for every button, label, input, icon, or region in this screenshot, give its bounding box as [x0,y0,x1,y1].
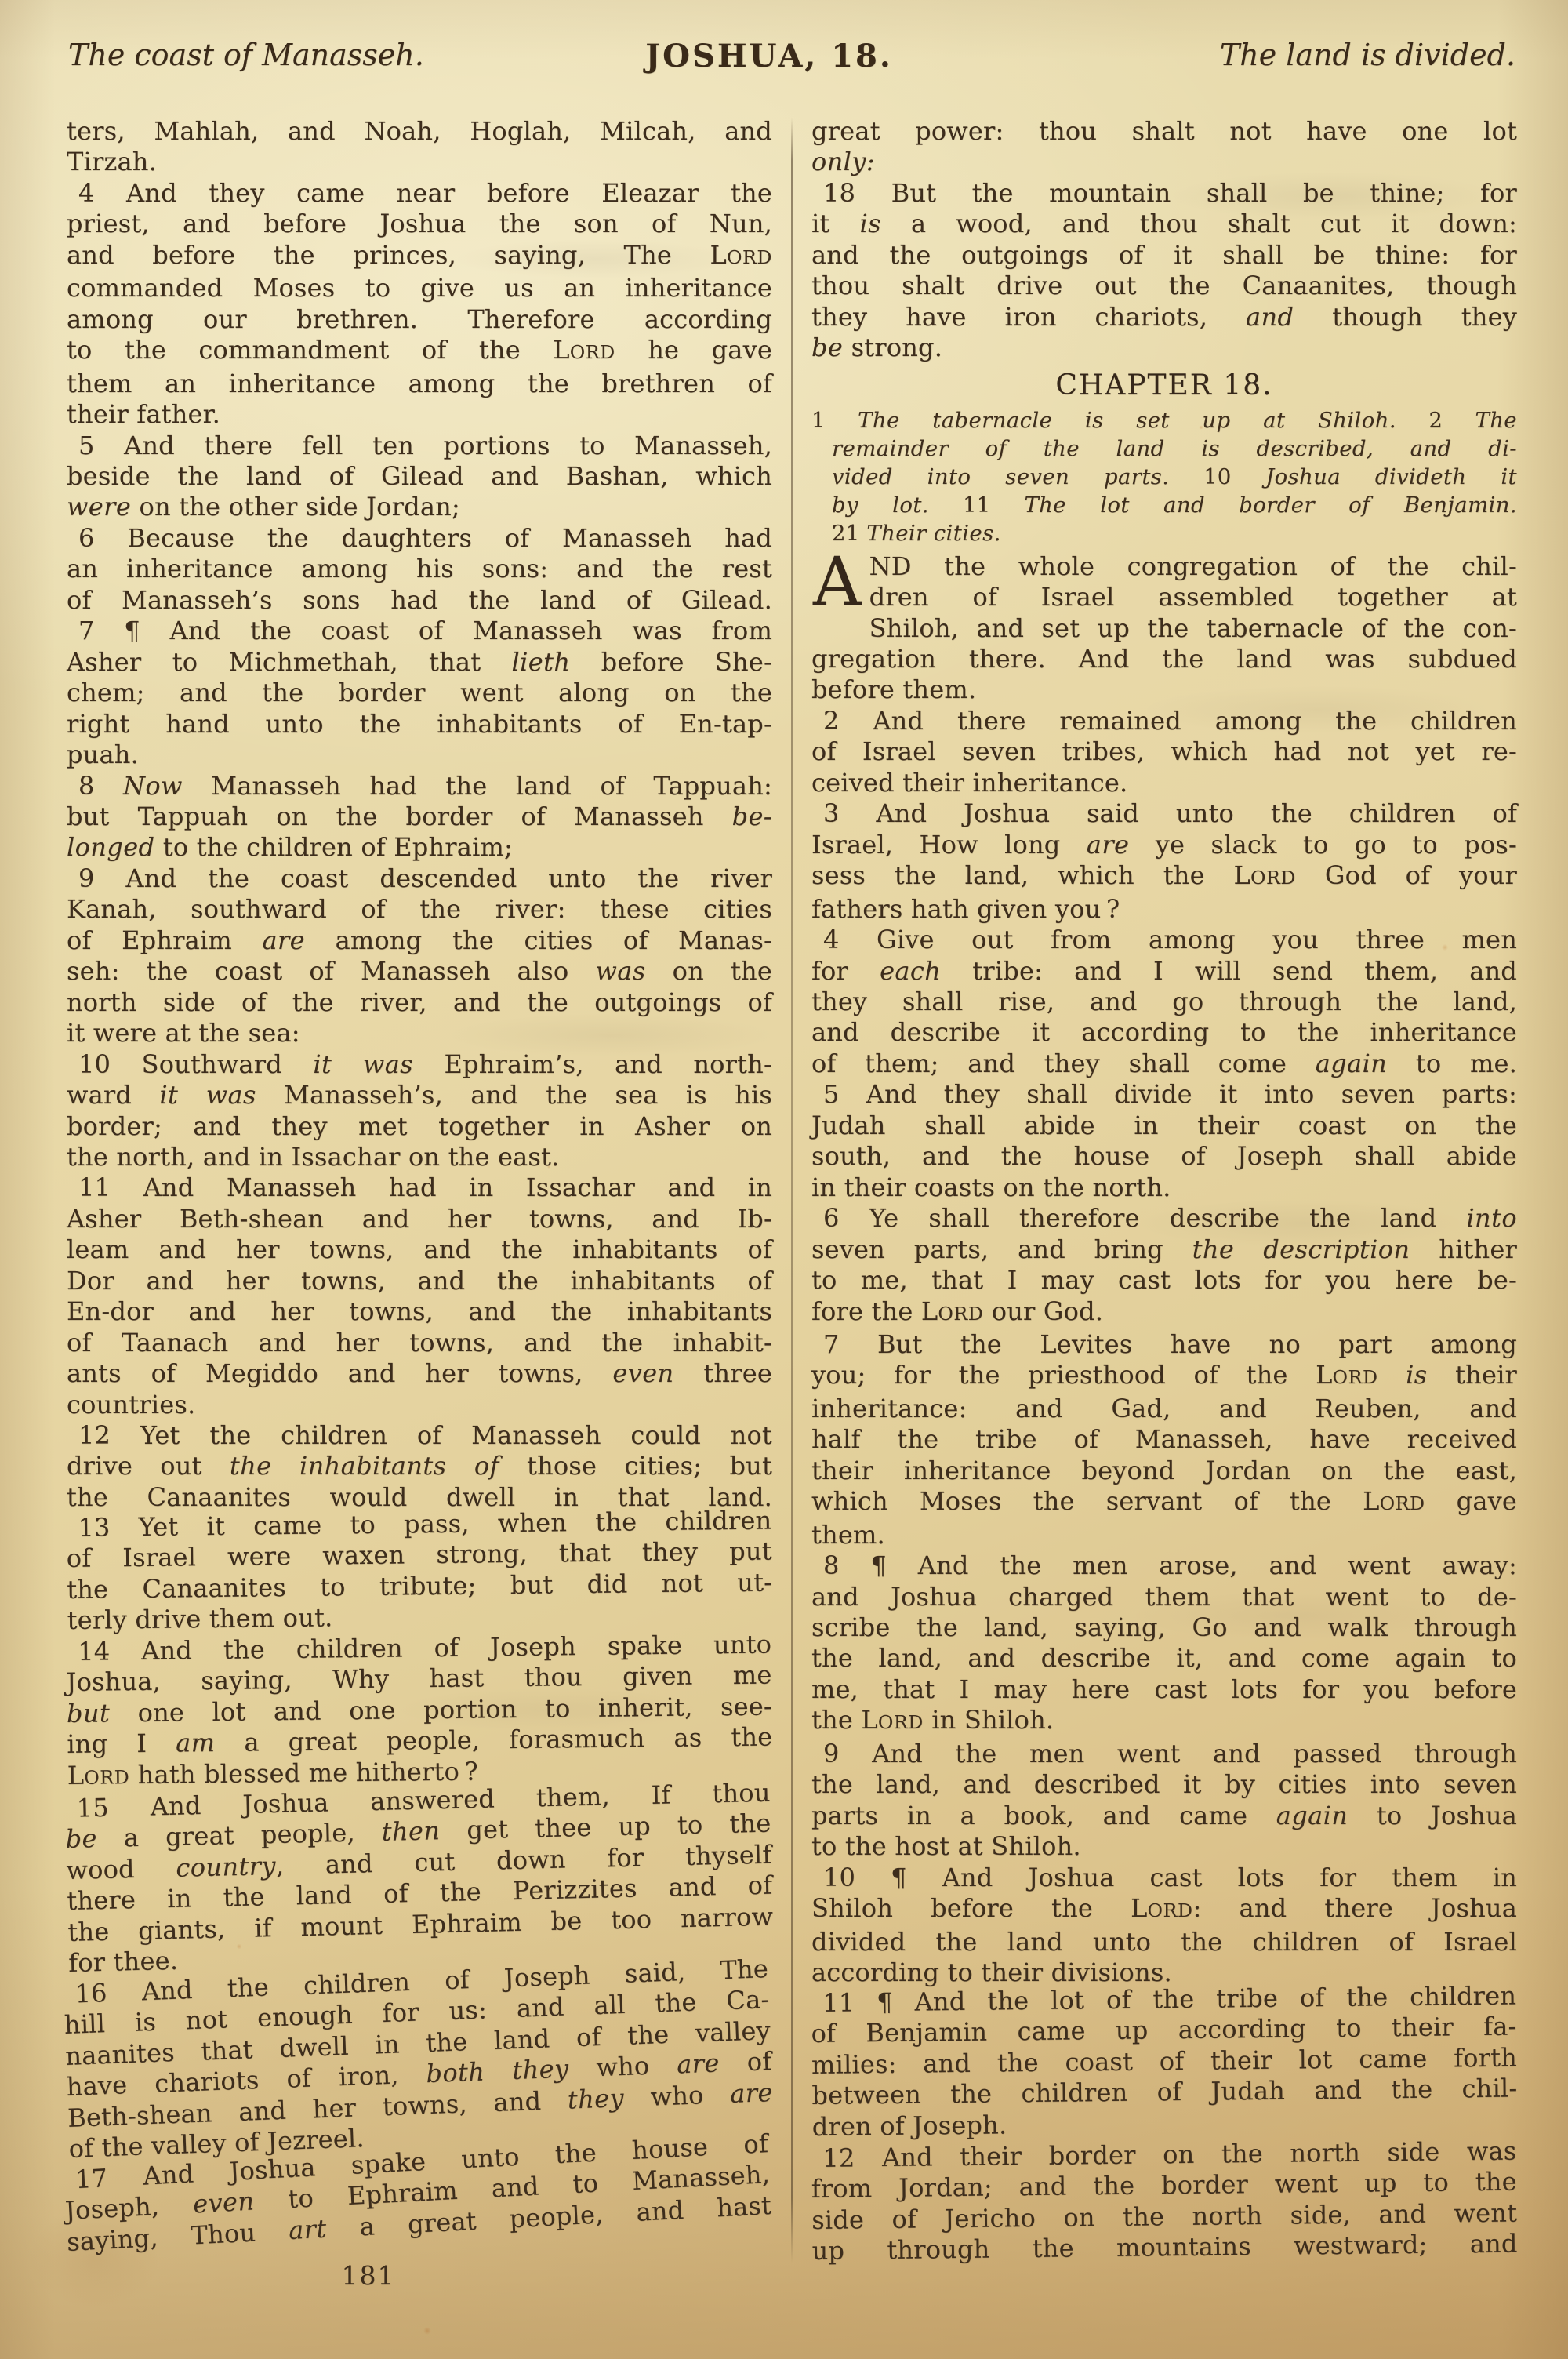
bible-page-scan: The coast of Manasseh. JOSHUA, 18. The l… [0,0,1568,2359]
text-line: Kanah, southward of the river: these cit… [67,894,772,925]
verse-block: 4 And they came near before Eleazar thep… [67,178,772,431]
text-line: 12 Yet the children of Manasseh could no… [67,1420,772,1451]
text-line: 7 ¶ And the coast of Manasseh was from [67,616,772,646]
left-column: ters, Mahlah, and Noah, Hoglah, Milcah, … [67,116,772,2267]
text-line: they have iron chariots, and though they [811,302,1517,333]
lord-smallcaps: LORD [921,1296,983,1326]
verse-block: 5 And there fell ten portions to Manasse… [67,431,772,523]
text-line: fore the LORD our God. [811,1296,1517,1329]
text-line: 21 Their cities. [811,519,1517,547]
text-line: Shiloh before the LORD: and there Joshua [811,1893,1517,1926]
verse-block: 5 And they shall divide it into seven pa… [811,1079,1517,1203]
text-line: an inheritance among his sons: and the r… [67,554,772,584]
text-line: of Manasseh’s sons had the land of Gilea… [67,585,772,616]
text-line: 10 Southward it was Ephraim’s, and north… [67,1049,772,1080]
text-line: but Tappuah on the border of Manasseh be… [67,801,772,832]
text-line: Israel, How long are ye slack to go to p… [811,830,1517,860]
text-line: 11 And Manasseh had in Issachar and in [67,1172,772,1203]
lord-smallcaps: LORD [1234,860,1296,890]
text-line: ND the whole congregation of the chil- [811,551,1517,582]
text-line: their father. [67,399,772,430]
text-line: them an inheritance among the brethren o… [67,369,772,399]
text-line: inheritance: and Gad, and Reuben, and [811,1394,1517,1424]
chapter-summary: 1 The tabernacle is set up at Shiloh. 2 … [811,406,1517,547]
verse-block: 7 But the Levites have no part amongyou;… [811,1329,1517,1550]
page-number: 181 [342,2260,396,2291]
text-line: remainder of the land is described, and … [811,434,1517,463]
text-line: 2 And there remained among the children [811,706,1517,736]
text-line: ters, Mahlah, and Noah, Hoglah, Milcah, … [67,116,772,147]
verse-block: 8 ¶ And the men arose, and went away:and… [811,1550,1517,1739]
text-line: seh: the coast of Manasseh also was on t… [67,956,772,987]
running-head-right: The land is divided. [1220,38,1515,72]
verse-block: ters, Mahlah, and Noah, Hoglah, Milcah, … [67,116,772,178]
text-line: Dor and her towns, and the inhabitants o… [67,1266,772,1296]
text-line: 10 ¶ And Joshua cast lots for them in [811,1863,1517,1893]
running-header: The coast of Manasseh. JOSHUA, 18. The l… [67,38,1515,80]
verse-block: 12 And their border on the north side wa… [811,2135,1518,2266]
verse-block: 12 Yet the children of Manasseh could no… [67,1420,772,1513]
text-line: the land, and described it by cities int… [811,1769,1517,1800]
text-line: gregation there. And the land was subdue… [811,644,1517,674]
text-line: their inheritance beyond Jordan on the e… [811,1456,1517,1486]
running-head-left: The coast of Manasseh. [68,38,424,72]
lord-smallcaps: LORD [1316,1360,1377,1390]
text-line: countries. [67,1390,772,1420]
text-line: of Taanach and her towns, and the inhabi… [67,1328,772,1358]
verse-block: 11 ¶ And the lot of the tribe of the chi… [811,1981,1518,2143]
text-line: among our brethren. Therefore according [67,304,772,335]
text-line: seven parts, and bring the description h… [811,1234,1517,1265]
text-line: which Moses the servant of the LORD gave [811,1486,1517,1519]
text-line: Tirzah. [67,147,772,177]
text-line: beside the land of Gilead and Bashan, wh… [67,461,772,492]
text-line: ward it was Manasseh’s, and the sea is h… [67,1080,772,1110]
verse-block: 3 And Joshua said unto the children ofIs… [811,798,1517,925]
verse-block: 6 Because the daughters of Manasseh hada… [67,523,772,616]
text-line: of Ephraim are among the cities of Manas… [67,925,772,956]
text-line: ceived their inheritance. [811,768,1517,798]
text-line: Shiloh, and set up the tabernacle of the… [811,613,1517,644]
verse-dropcap: AND the whole congregation of the chil-d… [811,551,1517,706]
text-line: were on the other side Jordan; [67,492,772,522]
chapter-heading: CHAPTER 18. [811,368,1517,404]
text-line: the north, and in Issachar on the east. [67,1142,772,1172]
text-line: right hand unto the inhabitants of En-ta… [67,709,772,740]
text-line: dren of Israel assembled together at [811,582,1517,612]
text-line: half the tribe of Manasseh, have receive… [811,1424,1517,1455]
text-line: south, and the house of Joseph shall abi… [811,1141,1517,1172]
verse-block: 9 And the coast descended unto the river… [67,863,772,1049]
column-divider-rule [791,118,793,2263]
lord-smallcaps: LORD [861,1705,923,1735]
text-line: border; and they met together in Asher o… [67,1111,772,1142]
text-line: of Israel seven tribes, which had not ye… [811,736,1517,767]
text-line: and Joshua charged them that went to de- [811,1582,1517,1612]
text-line: longed to the children of Ephraim; [67,832,772,863]
text-line: in their coasts on the north. [811,1172,1517,1203]
verse-block: 7 ¶ And the coast of Manasseh was fromAs… [67,616,772,770]
text-line: by lot. 11 The lot and border of Benjami… [811,491,1517,519]
text-line: scribe the land, saying, Go and walk thr… [811,1612,1517,1643]
text-line: thou shalt drive out the Canaanites, tho… [811,271,1517,301]
text-line: be strong. [811,333,1517,363]
text-line: leam and her towns, and the inhabitants … [67,1234,772,1265]
text-line: 4 And they came near before Eleazar the [67,178,772,209]
text-line: parts in a book, and came again to Joshu… [811,1801,1517,1831]
text-line: you; for the priesthood of the LORD is t… [811,1360,1517,1393]
text-line: priest, and before Joshua the son of Nun… [67,209,772,239]
verse-block: 4 Give out from among you three menfor e… [811,925,1517,1079]
text-line: and the outgoings of it shall be thine: … [811,240,1517,271]
text-line: ants of Megiddo and her towns, even thre… [67,1358,772,1389]
verse-block: 6 Ye shall therefore describe the land i… [811,1203,1517,1329]
verse-block: 10 ¶ And Joshua cast lots for them inShi… [811,1863,1517,1989]
text-line: them. [811,1520,1517,1550]
text-line: Asher Beth-shean and her towns, and Ib- [67,1204,772,1234]
text-line: 9 And the coast descended unto the river [67,863,772,894]
verse-block: 8 Now Manasseh had the land of Tappuah:b… [67,771,772,863]
text-line: before them. [811,674,1517,705]
text-line: the land, and describe it, and come agai… [811,1643,1517,1674]
lord-smallcaps: LORD [1363,1486,1425,1516]
text-line: vided into seven parts. 10 Joshua divide… [811,463,1517,491]
text-line: great power: thou shalt not have one lot [811,116,1517,147]
text-line: the LORD in Shiloh. [811,1705,1517,1738]
lord-smallcaps: LORD [67,1760,130,1790]
text-line: me, that I may here cast lots for you be… [811,1674,1517,1705]
text-line: En-dor and her towns, and the inhabitant… [67,1296,772,1327]
text-line: sess the land, which the LORD God of you… [811,860,1517,893]
text-line: 4 Give out from among you three men [811,925,1517,955]
text-line: 6 Because the daughters of Manasseh had [67,523,772,554]
text-line: and before the princes, saying, The LORD [67,240,772,273]
page-title: JOSHUA, 18. [645,38,893,75]
text-line: it were at the sea: [67,1018,772,1049]
verse-block: 9 And the men went and passed throughthe… [811,1739,1517,1863]
text-line: 5 And they shall divide it into seven pa… [811,1079,1517,1110]
text-line: for each tribe: and I will send them, an… [811,956,1517,987]
drop-cap-letter: A [811,551,869,614]
text-line: fathers hath given you ? [811,894,1517,925]
text-columns: ters, Mahlah, and Noah, Hoglah, Milcah, … [67,116,1517,2267]
text-line: of them; and they shall come again to me… [811,1049,1517,1079]
text-line: 1 The tabernacle is set up at Shiloh. 2 … [811,406,1517,434]
text-line: 5 And there fell ten portions to Manasse… [67,431,772,461]
text-line: to the host at Shiloh. [811,1831,1517,1862]
text-line: 7 But the Levites have no part among [811,1329,1517,1360]
lord-smallcaps: LORD [1131,1893,1192,1923]
text-line: north side of the river, and the outgoin… [67,987,772,1018]
text-line: Asher to Michmethah, that lieth before S… [67,647,772,678]
text-line: 9 And the men went and passed through [811,1739,1517,1769]
verse-block: 2 And there remained among the childreno… [811,706,1517,798]
text-line: to me, that I may cast lots for you here… [811,1265,1517,1296]
verse-block: 14 And the children of Joseph spake unto… [66,1630,773,1794]
text-line: Judah shall abide in their coast on the [811,1110,1517,1141]
verse-block: 13 Yet it came to pass, when the childre… [66,1506,773,1637]
text-line: puah. [67,740,772,770]
lord-smallcaps: LORD [553,335,615,365]
verse-block: 11 And Manasseh had in Issachar and inAs… [67,1172,772,1420]
text-line: up through the mountains westward; and [811,2229,1517,2267]
text-line: commanded Moses to give us an inheritanc… [67,273,772,304]
verse-block: great power: thou shalt not have one lot… [811,116,1517,178]
text-line: divided the land unto the children of Is… [811,1927,1517,1957]
verse-block: 18 But the mountain shall be thine; fori… [811,178,1517,364]
text-line: 8 ¶ And the men arose, and went away: [811,1550,1517,1581]
text-line: drive out the inhabitants of those citie… [67,1451,772,1481]
text-line: 8 Now Manasseh had the land of Tappuah: [67,771,772,801]
text-line: and describe it according to the inherit… [811,1017,1517,1048]
text-line: they shall rise, and go through the land… [811,987,1517,1017]
text-line: 6 Ye shall therefore describe the land i… [811,1203,1517,1234]
right-column: great power: thou shalt not have one lot… [811,116,1517,2267]
text-line: it is a wood, and thou shalt cut it down… [811,209,1517,239]
verse-block: 10 Southward it was Ephraim’s, and north… [67,1049,772,1173]
verse-block: 15 And Joshua answered them, If thoube a… [64,1778,774,1979]
text-line: to the commandment of the LORD he gave [67,335,772,368]
text-line: 3 And Joshua said unto the children of [811,798,1517,829]
text-line: chem; and the border went along on the [67,678,772,708]
lord-smallcaps: LORD [710,240,772,270]
text-line: 18 But the mountain shall be thine; for [811,178,1517,209]
text-line: only: [811,147,1517,177]
